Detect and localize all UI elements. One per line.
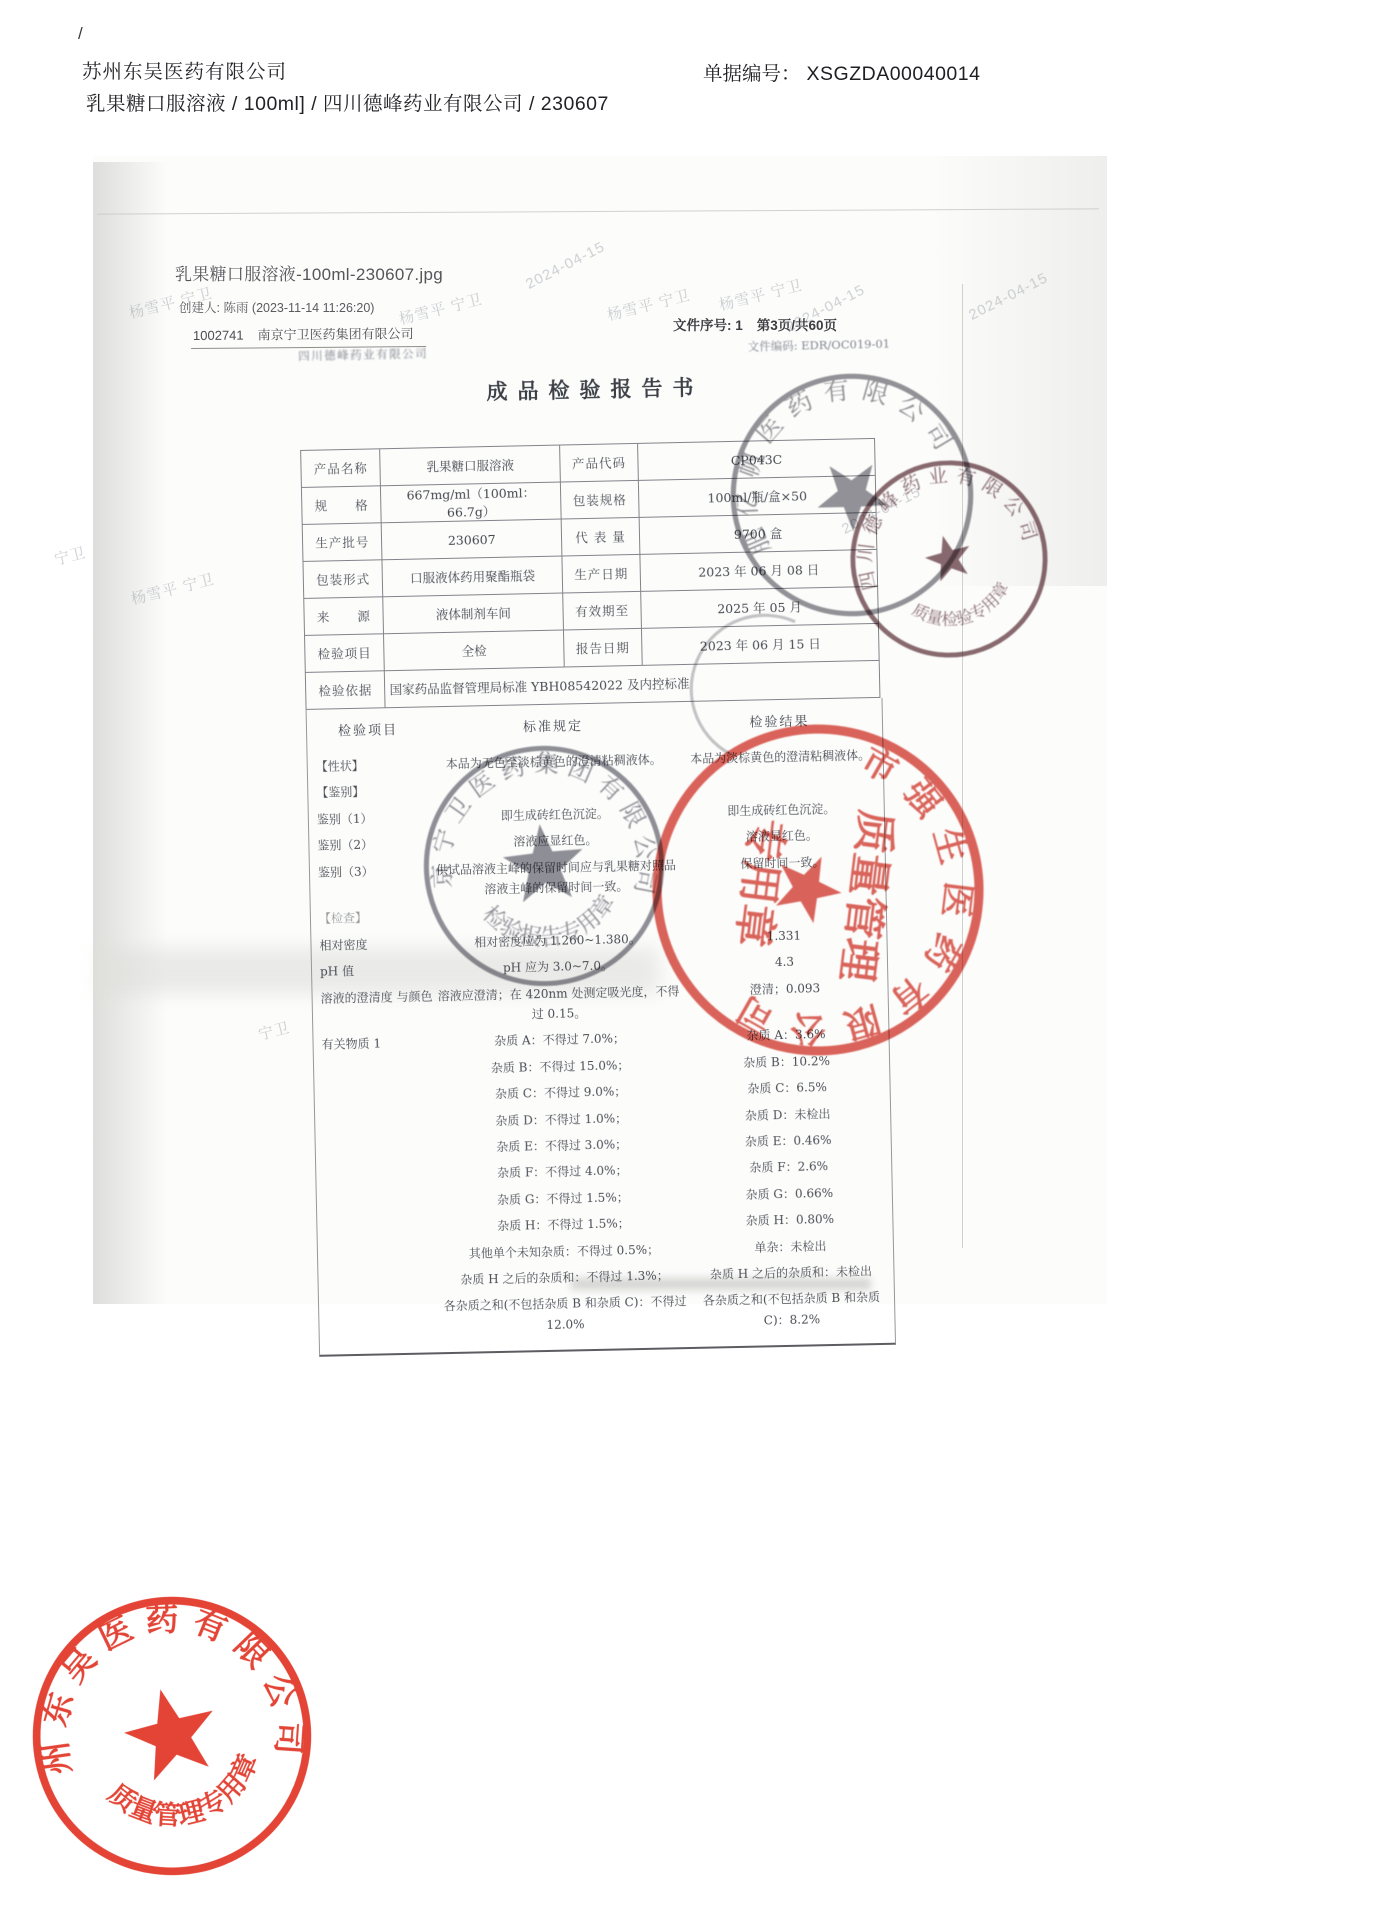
svg-text:苏州东吴医药有限公司: 苏州东吴医药有限公司 — [0, 1561, 321, 1837]
result-value: 澄清；0.093 — [682, 976, 887, 1001]
result-standard: 杂质 F：不得过 4.0%； — [438, 1159, 686, 1185]
result-standard: 相对密度应为 1.260~1.380。 — [433, 928, 681, 954]
result-value: 杂质 D：未检出 — [685, 1102, 890, 1127]
result-standard: 即生成砖红色沉淀。 — [431, 802, 679, 828]
col-standard: 标准规定 — [429, 714, 677, 741]
result-standard: 杂质 H：不得过 1.5%； — [439, 1212, 687, 1238]
info-label: 报告日期 — [563, 628, 642, 667]
result-item — [317, 1191, 439, 1194]
attachment-filename: 乳果糖口服溶液-100ml-230607.jpg — [175, 260, 443, 285]
result-standard: 其他单个未知杂质：不得过 0.5%； — [440, 1239, 688, 1265]
header-company: 苏州东吴医药有限公司 — [82, 56, 287, 84]
result-item: 鉴别（1） — [309, 807, 431, 830]
info-value: 2023 年 06 月 08 日 — [640, 549, 878, 591]
info-label: 产品名称 — [301, 449, 381, 488]
result-value: 本品为淡棕黄色的澄清粘稠液体。 — [677, 745, 882, 770]
info-value: 乳果糖口服溶液 — [380, 445, 560, 486]
results-table: 检验项目 标准规定 检验结果 【性状】本品为无色至淡棕黄色的澄清粘稠液体。本品为… — [306, 698, 896, 1357]
doc-number-value: XSGZDA00040014 — [807, 63, 981, 85]
result-item — [315, 1085, 437, 1088]
result-item: 鉴别（2） — [309, 834, 431, 857]
ningwei-watermark: 宁卫 — [52, 541, 88, 569]
stamp-suzhou-dongwu: 苏州东吴医药有限公司 质量管理专用章 — [0, 1561, 347, 1910]
result-value: 杂质 H 之后的杂质和：未检出 — [688, 1261, 893, 1286]
result-standard: 杂质 E：不得过 3.0%； — [438, 1133, 686, 1159]
info-label: 规 格 — [301, 486, 381, 525]
info-label: 生产日期 — [562, 554, 641, 593]
result-standard: pH 应为 3.0~7.0。 — [434, 954, 682, 980]
info-value: CP043C — [638, 438, 876, 480]
result-item: 【鉴别】 — [308, 781, 430, 804]
info-value: 100ml/瓶/盒×50 — [638, 475, 876, 517]
result-item — [318, 1244, 440, 1247]
result-standard: 溶液应澄清；在 420nm 处测定吸光度，不得过 0.15。 — [434, 981, 683, 1027]
result-value — [678, 771, 883, 775]
report-doc-code: 文件编码: EDR/OC019-01 — [748, 336, 891, 355]
result-value: 保留时间一致。 — [680, 850, 885, 875]
info-value: 液体制剂车间 — [383, 593, 563, 634]
corner-slash: / — [78, 24, 83, 44]
result-item: 溶液的澄清度 与颜色 — [312, 986, 434, 1009]
info-value: 667mg/ml（100ml：66.7g） — [381, 482, 561, 523]
result-value: 杂质 B：10.2% — [684, 1050, 889, 1075]
result-value: 杂质 H：0.80% — [687, 1208, 892, 1233]
result-value: 单杂：未检出 — [688, 1234, 893, 1259]
result-item — [317, 1217, 439, 1220]
result-item: 鉴别（3） — [310, 860, 432, 883]
result-value: 溶液显红色。 — [679, 824, 884, 849]
info-label: 产品代码 — [560, 443, 639, 482]
result-value: 杂质 A：3.6% — [683, 1023, 888, 1048]
file-no: 文件序号: 1 — [673, 318, 743, 333]
result-item: pH 值 — [312, 960, 434, 983]
result-value: 杂质 F：2.6% — [686, 1155, 891, 1180]
result-item — [319, 1297, 441, 1300]
info-label: 代 表 量 — [561, 517, 640, 556]
header-product-line: 乳果糖口服溶液 / 100ml] / 四川德峰药业有限公司 / 230607 — [86, 88, 609, 116]
result-value: 杂质 G：0.66% — [687, 1181, 892, 1206]
result-item: 【检查】 — [311, 907, 433, 930]
result-standard: 溶液应显红色。 — [431, 828, 679, 854]
info-value: 全检 — [384, 630, 564, 671]
result-item — [314, 1059, 436, 1062]
result-standard: 杂质 D：不得过 1.0%； — [437, 1107, 685, 1133]
result-value: 杂质 E：0.46% — [686, 1129, 891, 1154]
scan-shadow-left — [93, 162, 167, 1304]
result-standard — [433, 902, 681, 907]
info-value: 2025 年 05 月 — [641, 586, 879, 628]
result-value: 各杂质之和(不包括杂质 B 和杂质 C)：8.2% — [689, 1287, 895, 1332]
result-item — [316, 1165, 438, 1168]
page-fold-line — [962, 284, 963, 1248]
stamp-ring-text: 苏州东吴医药有限公司 — [0, 1561, 321, 1837]
result-item: 相对密度 — [311, 933, 433, 956]
result-item — [318, 1270, 440, 1273]
doc-number-label: 单据编号： — [703, 63, 801, 85]
result-value — [681, 897, 886, 901]
result-standard: 各杂质之和(不包括杂质 B 和杂质 C)：不得过 12.0% — [441, 1291, 690, 1337]
report-title: 成品检验报告书 — [299, 368, 891, 410]
result-value: 即生成砖红色沉淀。 — [679, 798, 884, 823]
info-label: 有效期至 — [563, 591, 642, 630]
info-label: 包装规格 — [560, 480, 639, 519]
info-value: 2023 年 06 月 15 日 — [642, 623, 880, 665]
info-label: 检验项目 — [305, 634, 385, 673]
result-standard: 杂质 C：不得过 9.0%； — [436, 1080, 684, 1106]
col-item: 检验项目 — [307, 719, 429, 744]
org-code: 1002741 — [193, 328, 244, 343]
info-value: 9700 盒 — [639, 512, 877, 554]
col-result: 检验结果 — [677, 710, 882, 736]
basis-label: 检验依据 — [305, 671, 385, 710]
result-item: 【性状】 — [308, 754, 430, 777]
scanned-sheet: 乳果糖口服溶液-100ml-230607.jpg 创建人: 陈雨 (2023-1… — [93, 156, 1107, 1304]
qc-report: 四川德峰药业有限公司 文件编码: EDR/OC019-01 成品检验报告书 产品… — [298, 336, 911, 1357]
product-info-table: 产品名称 乳果糖口服溶液 产品代码 CP043C 规 格 667mg/ml（10… — [300, 438, 880, 710]
result-standard — [430, 776, 678, 781]
stamp-sub-text: 质量管理专用章 — [97, 1743, 276, 1849]
header-doc-number: 单据编号：XSGZDA00040014 — [703, 58, 980, 86]
result-item — [315, 1112, 437, 1115]
result-standard: 杂质 A：不得过 7.0%； — [435, 1027, 683, 1053]
result-standard: 杂质 B：不得过 15.0%； — [436, 1054, 684, 1080]
report-vendor: 四川德峰药业有限公司 — [298, 345, 428, 364]
org-name: 南京宁卫医药集团有限公司 — [258, 326, 414, 342]
result-value: 1.331 — [681, 924, 886, 949]
info-label: 包装形式 — [303, 560, 383, 599]
result-value: 4.3 — [682, 950, 887, 975]
result-standard: 杂质 H 之后的杂质和：不得过 1.3%； — [440, 1265, 688, 1291]
result-item — [316, 1138, 438, 1141]
info-label: 生产批号 — [302, 523, 382, 562]
info-label: 来 源 — [304, 597, 384, 636]
result-standard: 杂质 G：不得过 1.5%； — [439, 1186, 687, 1212]
result-value: 杂质 C：6.5% — [684, 1076, 889, 1101]
info-value: 230607 — [382, 519, 562, 560]
result-item: 有关物质 1 — [313, 1033, 435, 1056]
info-value: 口服液体药用聚酯瓶袋 — [382, 556, 562, 597]
result-standard: 本品为无色至淡棕黄色的澄清粘稠液体。 — [430, 749, 678, 775]
svg-text:质量管理专用章: 质量管理专用章 — [97, 1743, 276, 1849]
result-standard: 供试品溶液主峰的保留时间应与乳果糖对照品溶液主峰的保留时间一致。 — [432, 855, 681, 901]
scanned-report-page: / 苏州东吴医药有限公司 单据编号：XSGZDA00040014 乳果糖口服溶液… — [0, 0, 1396, 1920]
scan-shadow-right — [929, 156, 1107, 586]
